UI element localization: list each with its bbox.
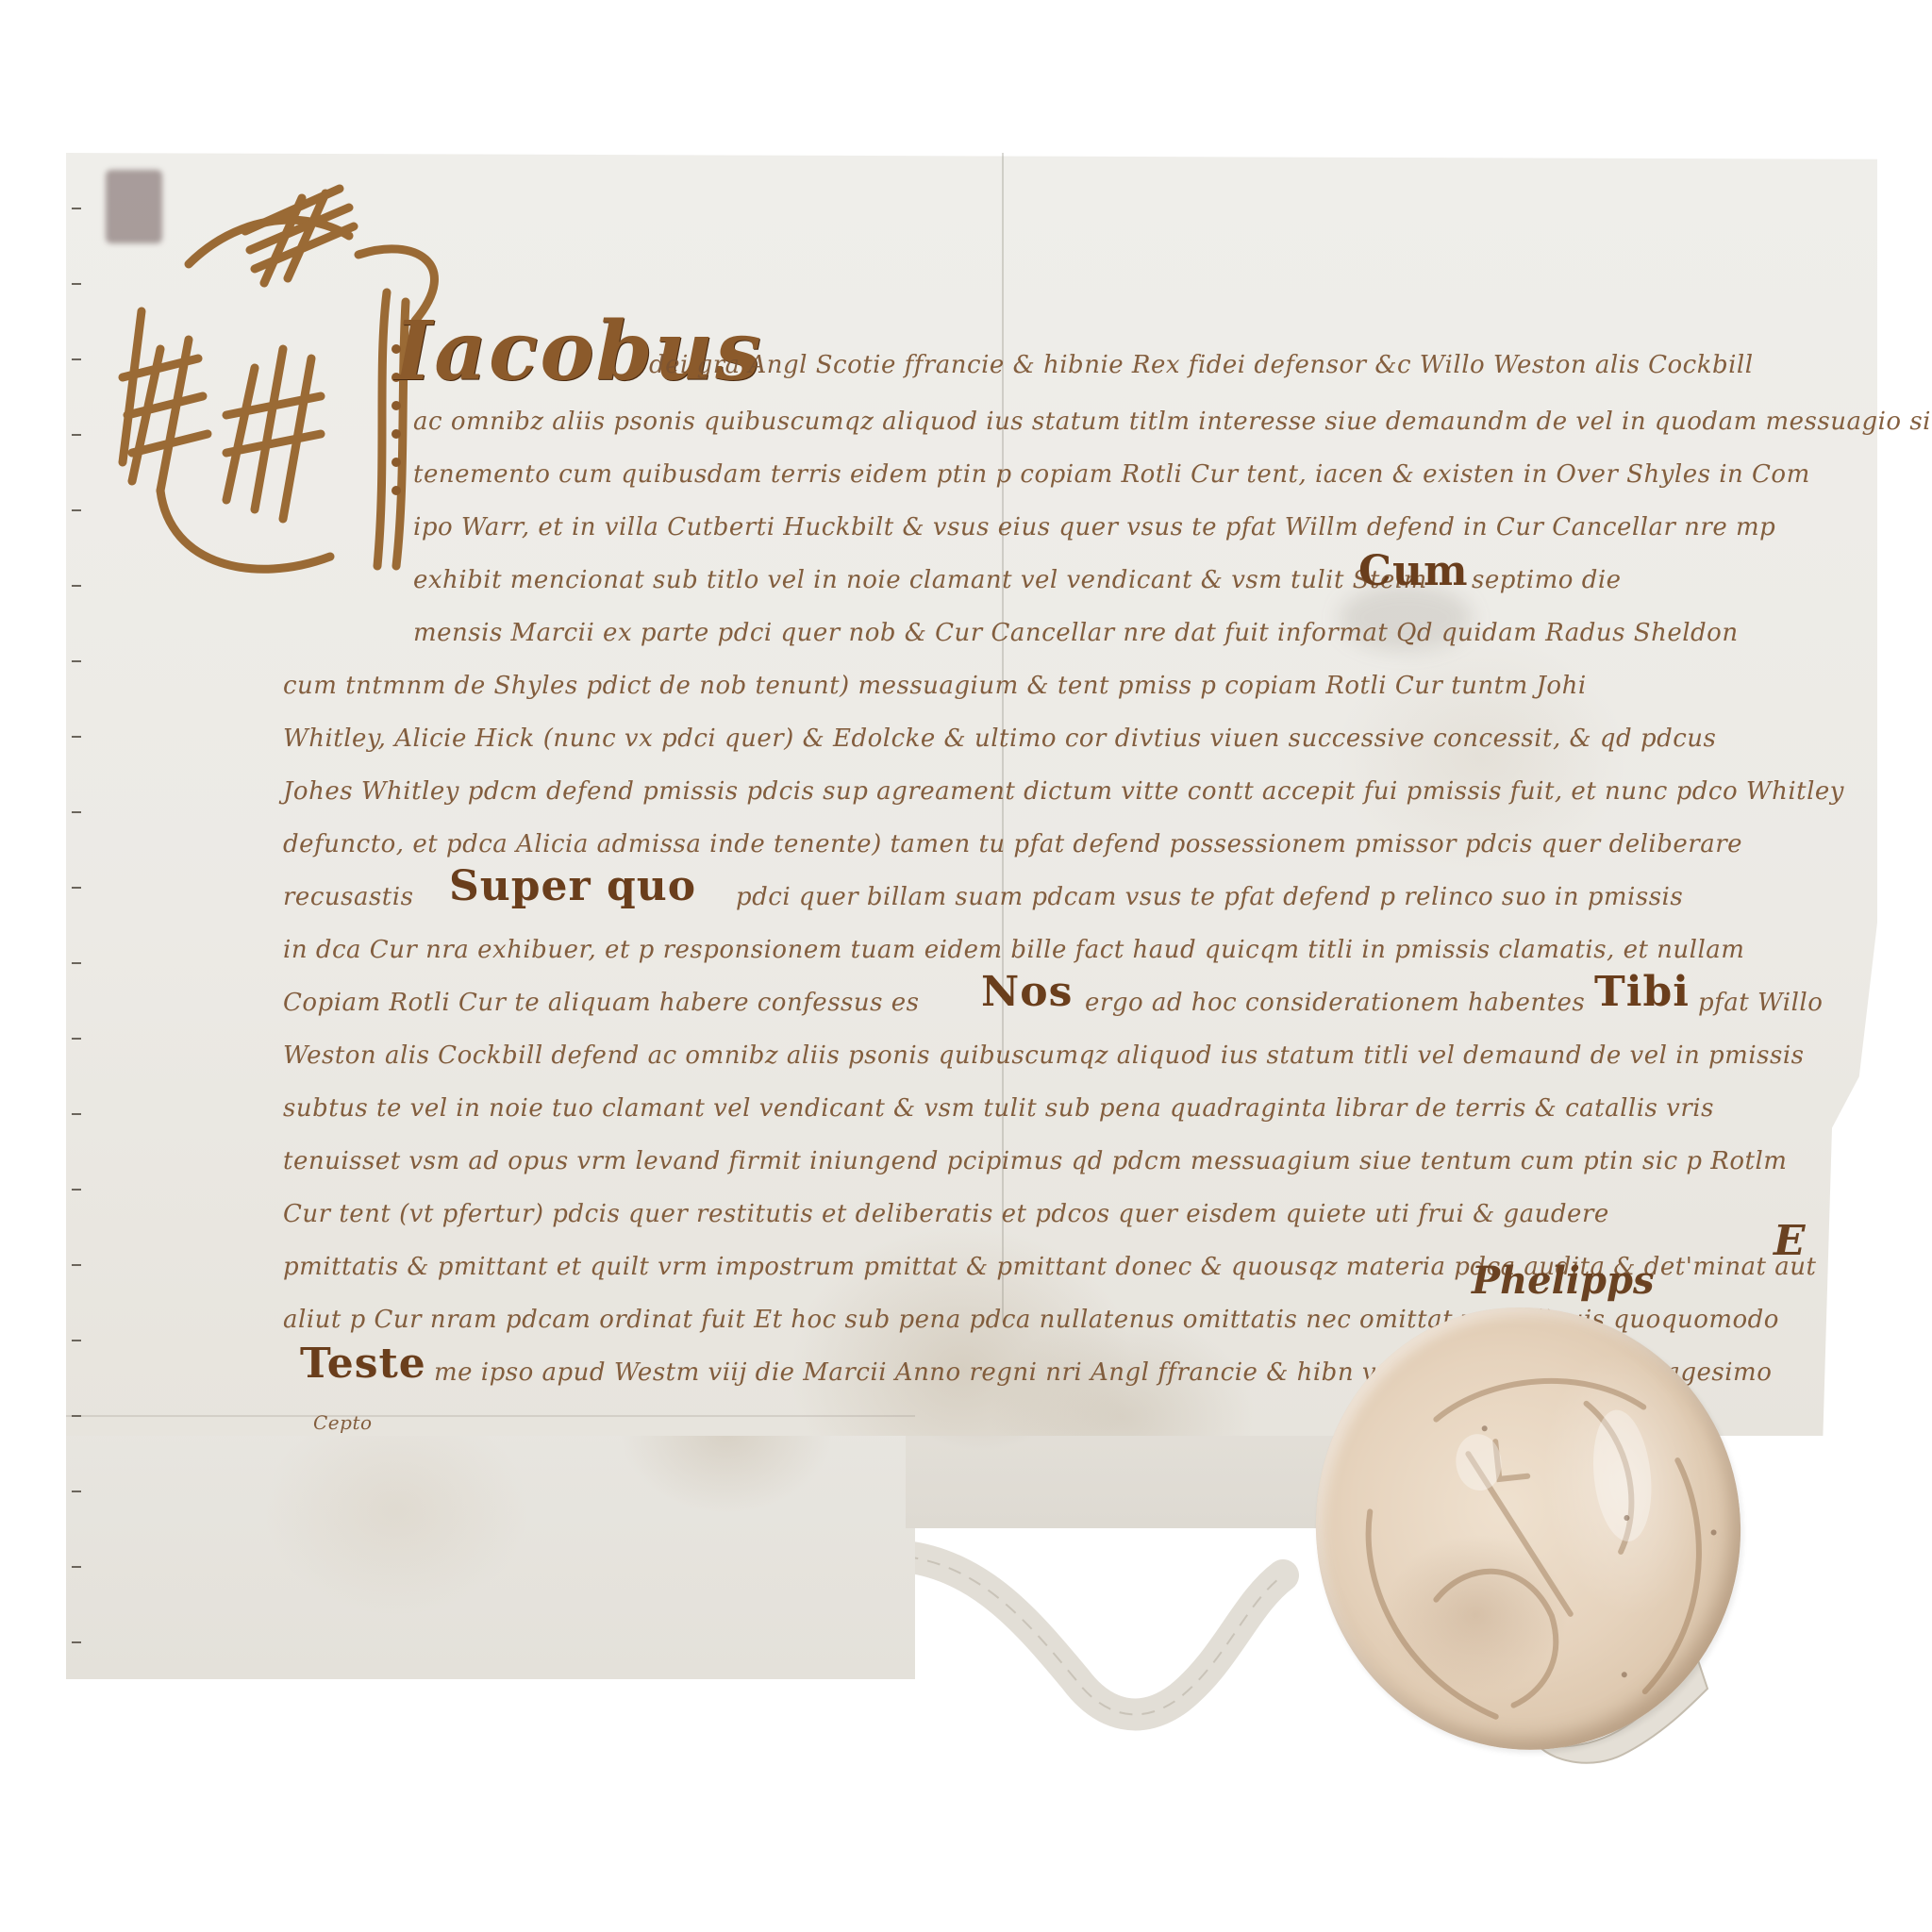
text-line-14: Weston alis Cockbill defend ac omnibz al… <box>283 1041 1805 1070</box>
text-line-5-cont: septimo die <box>1472 566 1622 594</box>
text-line-13-end: pfat Willo <box>1698 989 1823 1017</box>
text-line-11: recusastis <box>283 883 413 911</box>
text-line-8: Whitley, Alicie Hick (nunc vx pdci quer)… <box>283 724 1716 753</box>
photograph-stage: Iacobus dei gra Angl Scotie ffrancie & h… <box>0 0 1932 1932</box>
text-line-13-cont: ergo ad hoc considerationem habentes <box>1085 989 1585 1017</box>
emphasis-cum: Cum <box>1358 547 1469 595</box>
emphasis-nos: Nos <box>981 968 1073 1016</box>
text-line-4: ipo Warr, et in villa Cutberti Huckbilt … <box>413 513 1775 541</box>
emphasis-tibi: Tibi <box>1594 968 1690 1016</box>
text-line-5: exhibit mencionat sub titlo vel in noie … <box>413 566 1427 594</box>
text-line-7: cum tntmnm de Shyles pdict de nob tenunt… <box>283 672 1587 700</box>
seal-equestrian-relief-icon <box>1294 1286 1763 1771</box>
text-line-13: Copiam Rotli Cur te aliquam habere confe… <box>283 989 919 1017</box>
text-line-9: Johes Whitley pdcm defend pmissis pdcis … <box>283 777 1844 806</box>
corner-mark: E <box>1774 1217 1806 1265</box>
text-line-6: mensis Marcii ex parte pdci quer nob & C… <box>413 619 1739 647</box>
emphasis-super-quo: Super quo <box>449 862 696 910</box>
text-line-21: Cepto <box>313 1411 373 1434</box>
wax-seal <box>1294 1286 1763 1771</box>
text-line-11-cont: pdci quer billam suam pdcam vsus te pfat… <box>736 883 1683 911</box>
emphasis-teste: Teste <box>300 1340 426 1388</box>
text-line-15: subtus te vel in noie tuo clamant vel ve… <box>283 1094 1714 1123</box>
text-line-2: ac omnibz aliis psonis quibuscumqz aliqu… <box>413 408 1932 436</box>
text-line-17: Cur tent (vt pfertur) pdcis quer restitu… <box>283 1200 1609 1228</box>
text-line-3: tenemento cum quibusdam terris eidem pti… <box>413 460 1810 489</box>
text-line-10: defuncto, et pdca Alicia admissa inde te… <box>283 830 1742 858</box>
text-line-16: tenuisset vsm ad opus vrm levand firmit … <box>283 1147 1787 1175</box>
text-line-1: dei gra Angl Scotie ffrancie & hibnie Re… <box>649 351 1754 379</box>
text-line-12: in dca Cur nra exhibuer, et p responsion… <box>283 936 1744 964</box>
